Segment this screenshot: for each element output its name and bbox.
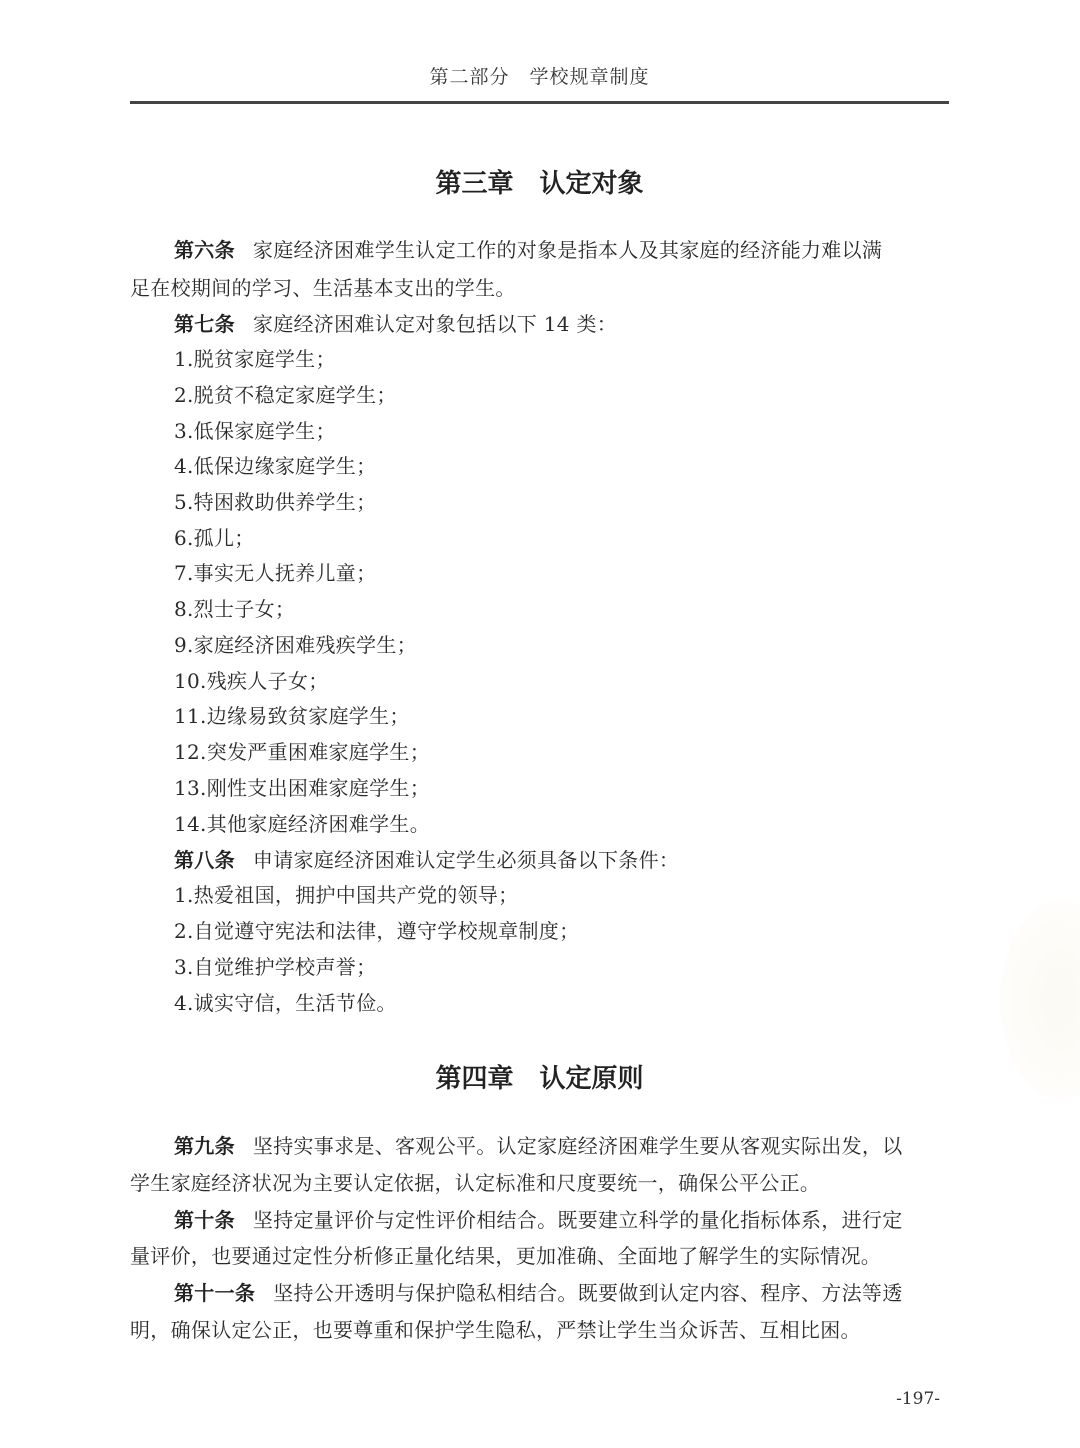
list-item: 8.烈士子女；: [174, 591, 949, 627]
list-item: 1.热爱祖国，拥护中国共产党的领导；: [174, 877, 949, 913]
article-label: 第七条: [174, 312, 235, 336]
article-7: 第七条家庭经济困难认定对象包括以下 14 类：: [174, 306, 949, 342]
list-item: 6.孤儿；: [174, 520, 949, 556]
list-item: 9.家庭经济困难残疾学生；: [174, 627, 949, 663]
article-10: 第十条坚持定量评价与定性评价相结合。既要建立科学的量化指标体系，进行定: [174, 1202, 949, 1238]
chapter-title: 第三章 认定对象: [130, 163, 949, 200]
list-item: 13.刚性支出困难家庭学生；: [174, 770, 949, 806]
article-text: 坚持定量评价与定性评价相结合。既要建立科学的量化指标体系，进行定: [253, 1208, 903, 1232]
article-10-continued: 量评价，也要通过定性分析修正量化结果，更加准确、全面地了解学生的实际情况。: [130, 1238, 949, 1274]
article-9: 第九条坚持实事求是、客观公平。认定家庭经济困难学生要从客观实际出发，以: [174, 1128, 949, 1164]
article-text: 申请家庭经济困难认定学生必须具备以下条件：: [253, 848, 679, 872]
article-8: 第八条申请家庭经济困难认定学生必须具备以下条件：: [174, 842, 949, 878]
article-9-continued: 学生家庭经济状况为主要认定依据，认定标准和尺度要统一，确保公平公正。: [130, 1165, 949, 1201]
article-text: 坚持公开透明与保护隐私相结合。既要做到认定内容、程序、方法等透: [273, 1281, 902, 1305]
list-item: 3.低保家庭学生；: [174, 413, 949, 449]
article-label: 第十条: [174, 1208, 235, 1232]
list-item: 2.脱贫不稳定家庭学生；: [174, 377, 949, 413]
list-item: 1.脱贫家庭学生；: [174, 341, 949, 377]
list-item: 4.低保边缘家庭学生；: [174, 448, 949, 484]
header-divider: [130, 101, 949, 104]
list-item: 11.边缘易致贫家庭学生；: [174, 698, 949, 734]
article-label: 第八条: [174, 848, 235, 872]
chapter-title: 第四章 认定原则: [130, 1058, 949, 1095]
list-item: 4.诚实守信，生活节俭。: [174, 985, 949, 1021]
list-item: 2.自觉遵守宪法和法律，遵守学校规章制度；: [174, 913, 949, 949]
article-label: 第九条: [174, 1134, 235, 1158]
article-11: 第十一条坚持公开透明与保护隐私相结合。既要做到认定内容、程序、方法等透: [174, 1275, 949, 1311]
list-item: 14.其他家庭经济困难学生。: [174, 806, 949, 842]
list-item: 7.事实无人抚养儿童；: [174, 555, 949, 591]
article-text: 坚持实事求是、客观公平。认定家庭经济困难学生要从客观实际出发，以: [253, 1134, 903, 1158]
page-number: -197-: [840, 1389, 940, 1409]
list-item: 5.特困救助供养学生；: [174, 484, 949, 520]
article-label: 第十一条: [174, 1281, 255, 1305]
article-text: 家庭经济困难学生认定工作的对象是指本人及其家庭的经济能力难以满: [253, 238, 882, 262]
article-11-continued: 明，确保认定公正，也要尊重和保护学生隐私，严禁让学生当众诉苦、互相比困。: [130, 1312, 949, 1348]
article-text: 家庭经济困难认定对象包括以下 14 类：: [253, 312, 617, 336]
article-6: 第六条家庭经济困难学生认定工作的对象是指本人及其家庭的经济能力难以满: [174, 232, 949, 268]
article-6-continued: 足在校期间的学习、生活基本支出的学生。: [130, 270, 949, 306]
running-header: 第二部分 学校规章制度: [130, 62, 949, 89]
light-glare: [1000, 900, 1080, 1100]
list-item: 10.残疾人子女；: [174, 663, 949, 699]
article-label: 第六条: [174, 238, 235, 262]
list-item: 3.自觉维护学校声誉；: [174, 949, 949, 985]
list-item: 12.突发严重困难家庭学生；: [174, 734, 949, 770]
